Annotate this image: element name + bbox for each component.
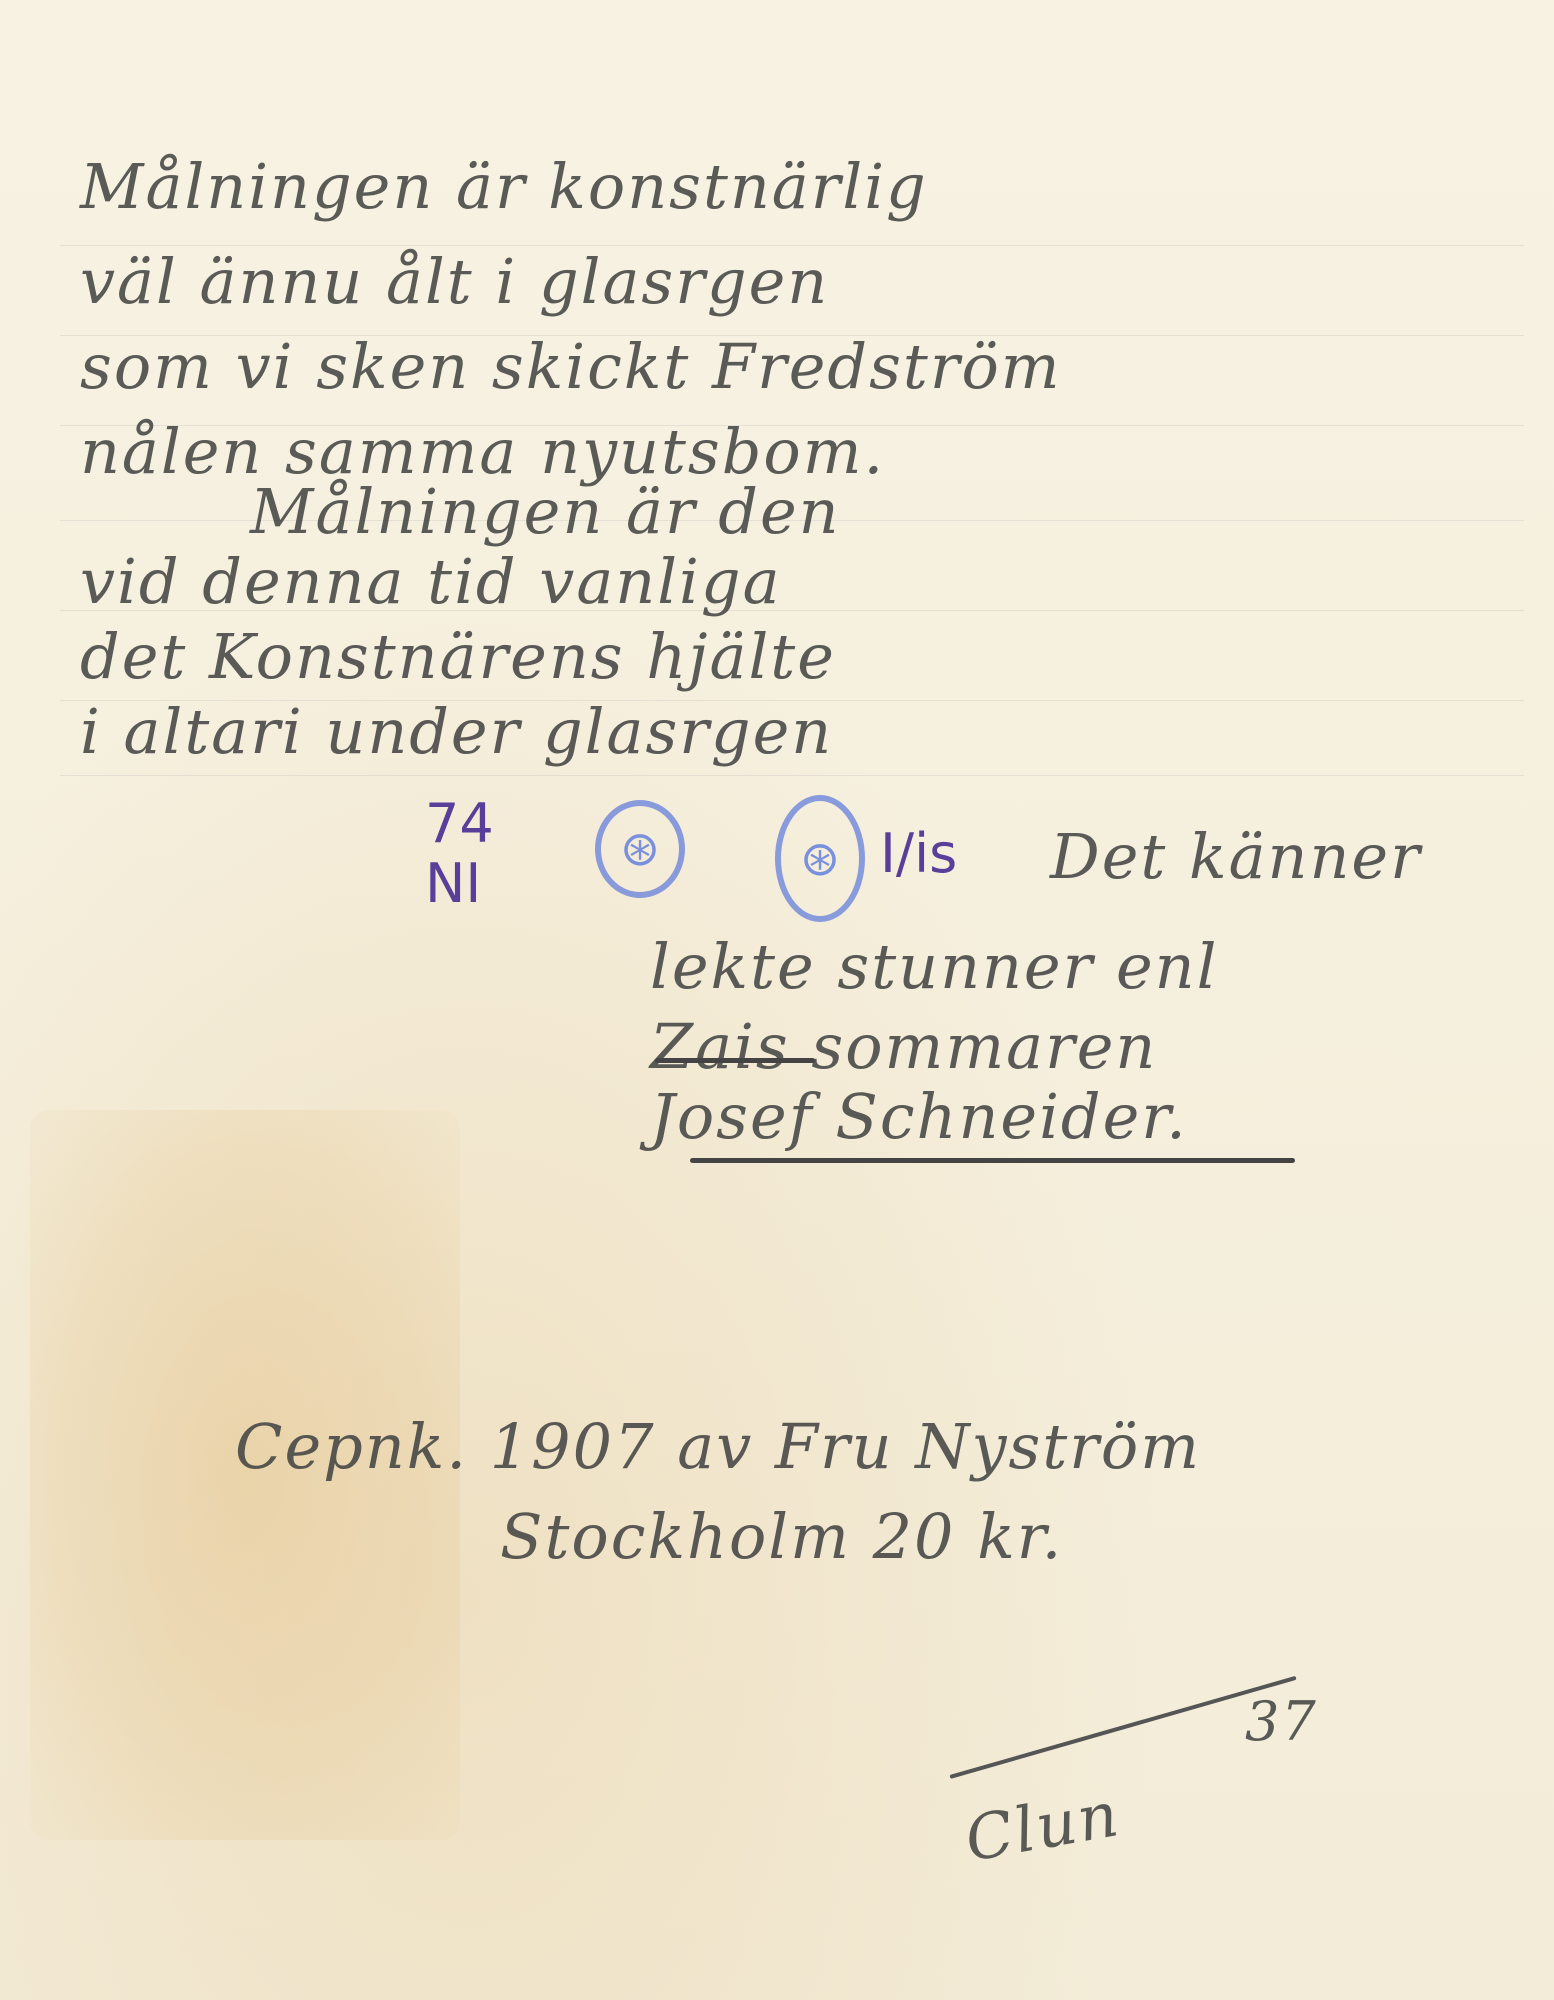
stamp-code: I/is <box>880 825 957 883</box>
underline <box>655 1058 815 1063</box>
stamp-number: 74 <box>425 795 494 853</box>
signature-name: Josef Schneider. <box>650 1080 1188 1153</box>
body-line: Målningen är konstnärlig <box>80 150 928 223</box>
body-line: väl ännu ålt i glasrgen <box>80 245 829 318</box>
underline <box>690 1158 1295 1163</box>
body-line: vid denna tid vanliga <box>80 545 782 618</box>
body-line: i altari under glasrgen <box>80 695 833 768</box>
body-line: Målningen är den <box>250 475 841 548</box>
body-line: som vi sken skickt Fredström <box>80 330 1062 403</box>
stamp-letters: NI <box>425 855 481 913</box>
note-line: Cepnk. 1907 av Fru Nyström <box>235 1410 1201 1483</box>
signature-line: Det känner <box>1050 820 1422 893</box>
body-line: det Konstnärens hjälte <box>80 620 836 693</box>
seal-icon: ⊛ <box>775 795 865 922</box>
seal-icon: ⊛ <box>595 800 685 898</box>
ruled-line <box>60 775 1524 776</box>
initials-number: 37 <box>1245 1690 1318 1753</box>
signature-line: lekte stunner enl <box>650 930 1218 1003</box>
note-line: Stockholm 20 kr. <box>500 1500 1063 1573</box>
signature-line: Zais sommaren <box>650 1010 1157 1083</box>
